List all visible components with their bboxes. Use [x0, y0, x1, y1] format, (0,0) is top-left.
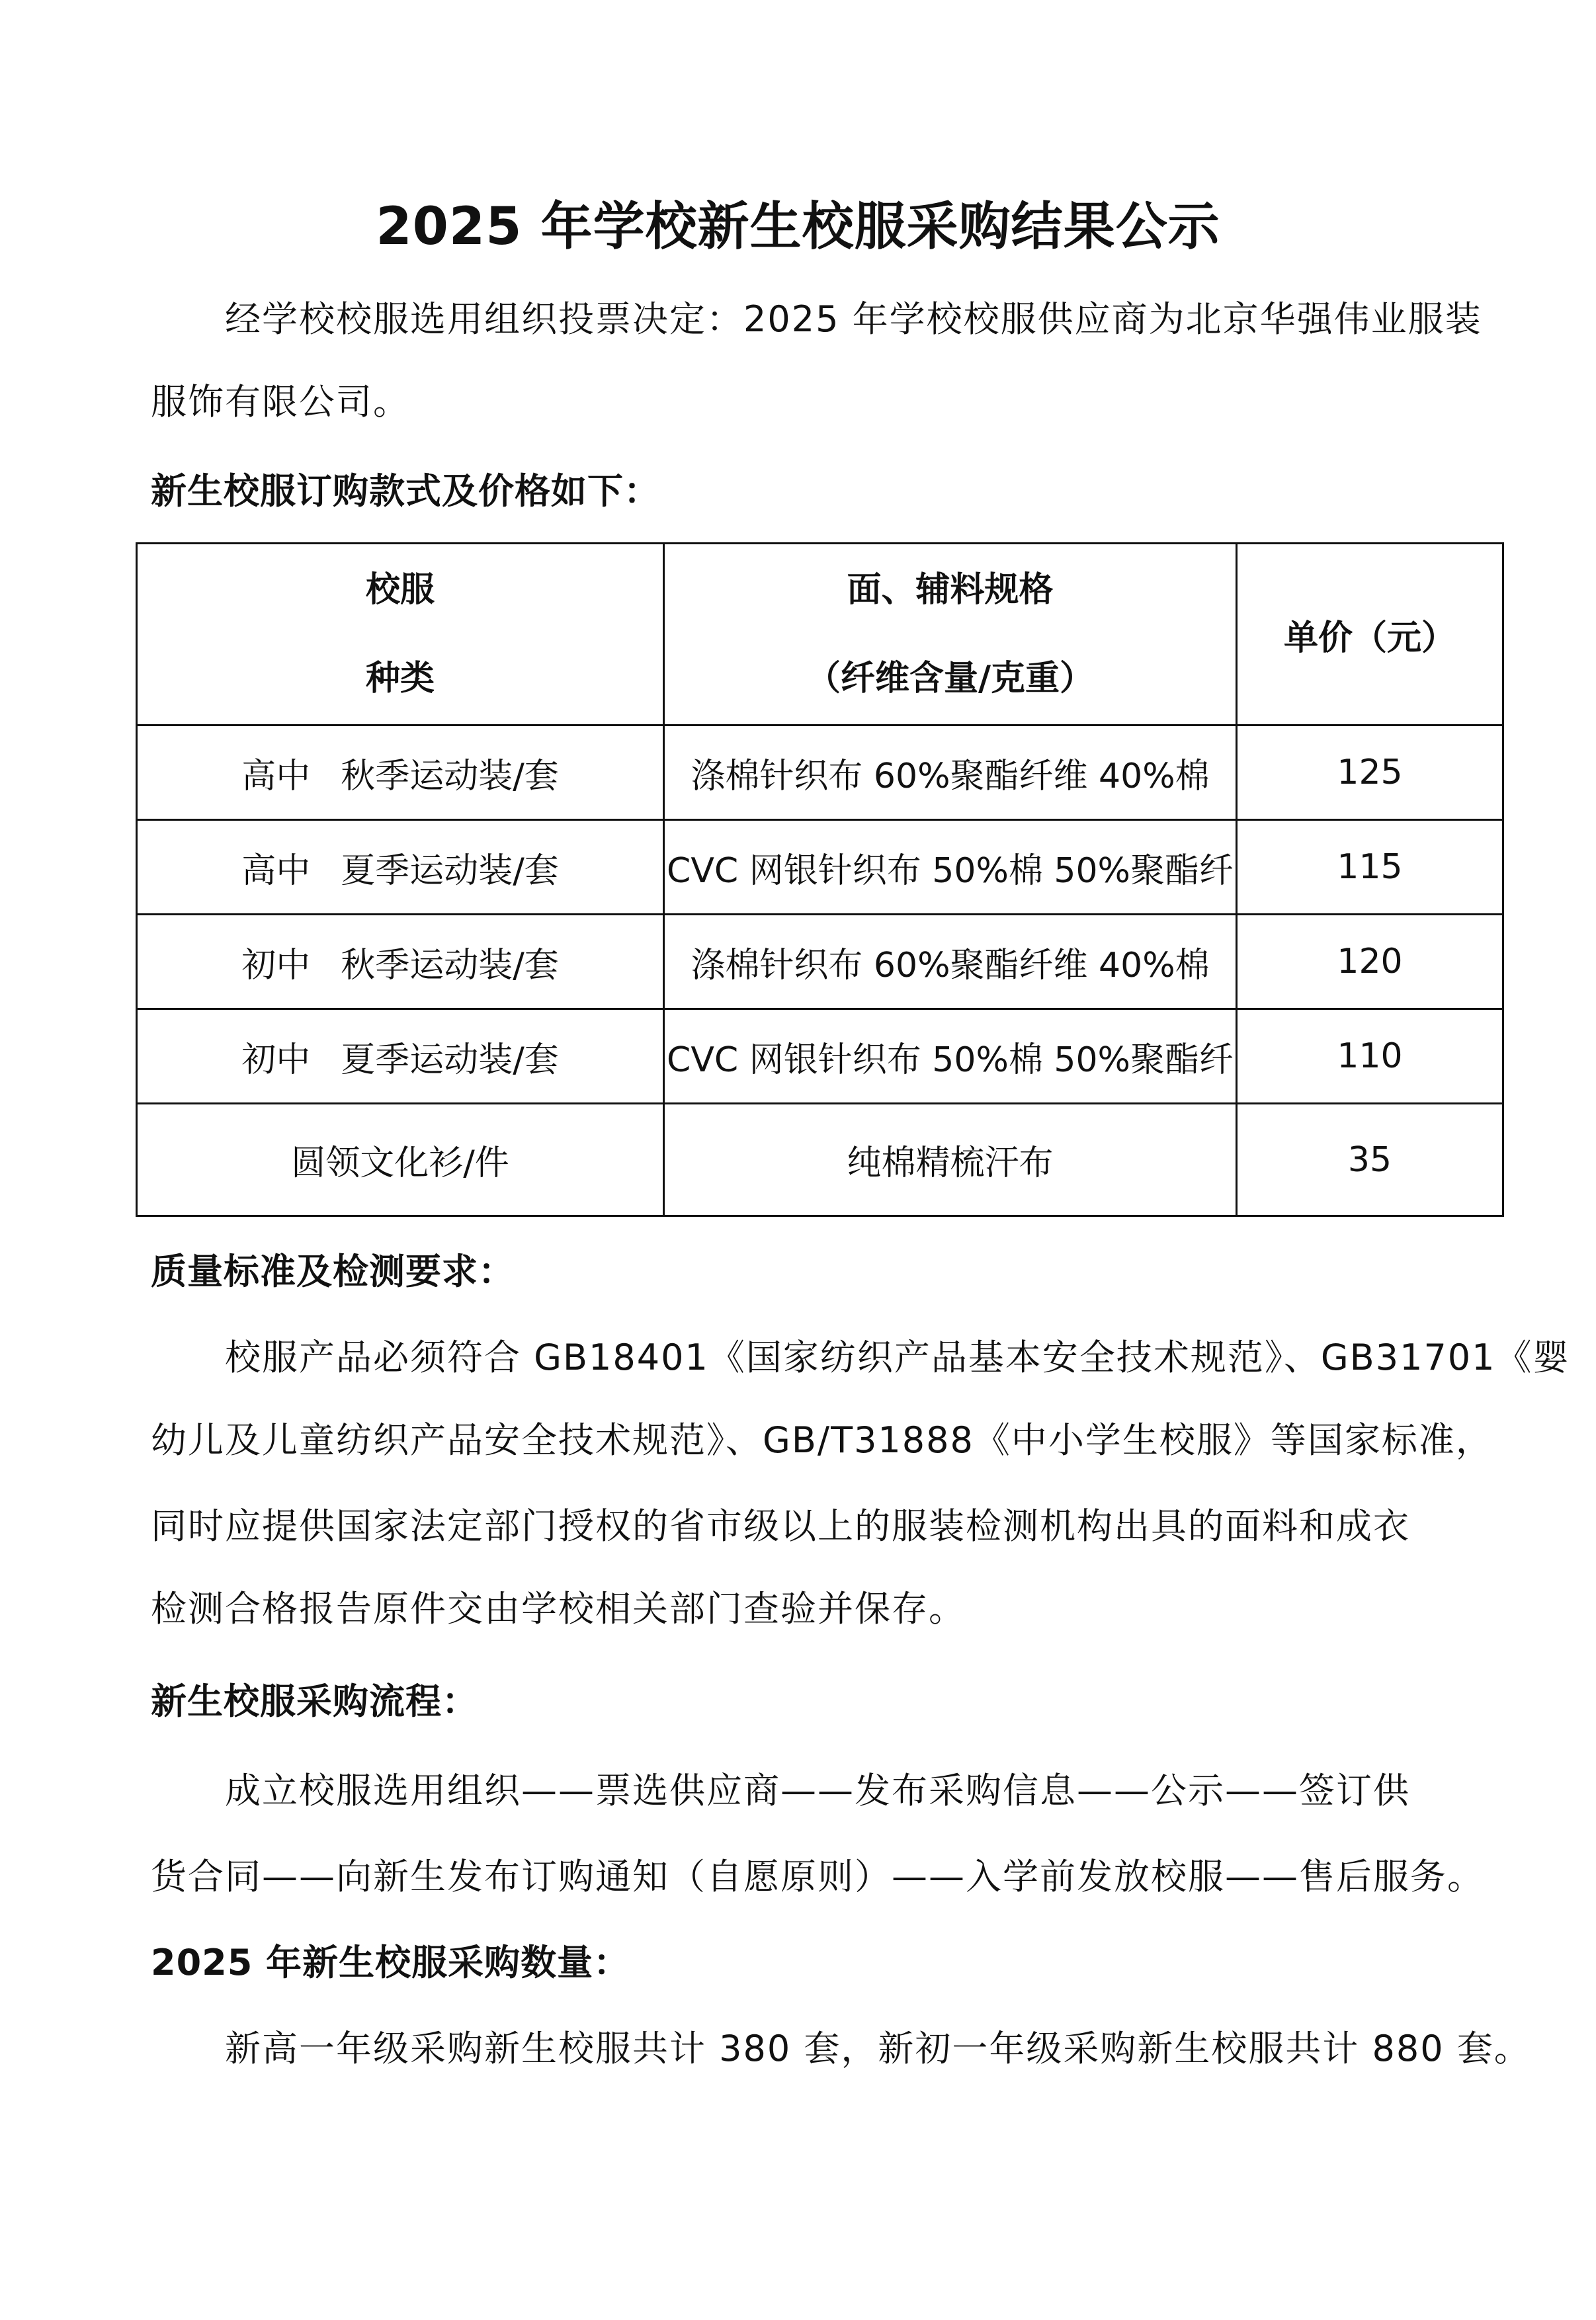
spec-cell: 纯棉精梳汗布	[664, 1104, 1237, 1216]
quality-section-heading: 质量标准及检测要求：	[151, 1243, 515, 1294]
school-level: 高中	[241, 748, 341, 798]
category-cell: 初中秋季运动装/套	[137, 915, 664, 1009]
price-cell: 120	[1237, 915, 1503, 1009]
header-category-line1: 校服	[138, 573, 663, 607]
quality-line-3: 同时应提供国家法定部门授权的省市级以上的服装检测机构出具的面料和成衣	[151, 1498, 1410, 1549]
page-title: 2025 年学校新生校服采购结果公示	[0, 185, 1596, 259]
price-cell: 110	[1237, 1009, 1503, 1104]
process-line-2: 货合同——向新生发布订购通知（自愿原则）——入学前发放校服——售后服务。	[151, 1848, 1484, 1899]
quantity-line: 新高一年级采购新生校服共计 380 套，新初一年级采购新生校服共计 880 套。	[225, 2020, 1531, 2071]
table-header-row: 校服 种类 面、辅料规格 （纤维含量/克重） 单价（元）	[137, 544, 1503, 725]
quality-line-1: 校服产品必须符合 GB18401《国家纺织产品基本安全技术规范》、GB31701…	[225, 1329, 1570, 1380]
category-cell: 高中秋季运动装/套	[137, 725, 664, 820]
header-spec-line2: （纤维含量/克重）	[665, 661, 1236, 696]
school-level: 初中	[241, 1032, 341, 1081]
header-category: 校服 种类	[137, 544, 664, 725]
price-section-heading: 新生校服订购款式及价格如下：	[151, 463, 660, 514]
category-cell: 高中夏季运动装/套	[137, 820, 664, 915]
spec-cell: 涤棉针织布 60%聚酯纤维 40%棉	[664, 915, 1237, 1009]
process-line-1: 成立校服选用组织——票选供应商——发布采购信息——公示——签订供	[225, 1762, 1410, 1813]
header-price: 单价（元）	[1237, 544, 1503, 725]
spec-cell: 涤棉针织布 60%聚酯纤维 40%棉	[664, 725, 1237, 820]
header-spec: 面、辅料规格 （纤维含量/克重）	[664, 544, 1237, 725]
quality-line-4: 检测合格报告原件交由学校相关部门查验并保存。	[151, 1581, 966, 1632]
header-spec-line1: 面、辅料规格	[665, 573, 1236, 607]
process-section-heading: 新生校服采购流程：	[151, 1673, 478, 1724]
intro-line-2: 服饰有限公司。	[151, 374, 410, 425]
spec-cell: CVC 网银针织布 50%棉 50%聚酯纤	[664, 820, 1237, 915]
garment-type: 秋季运动装/套	[341, 937, 559, 987]
price-cell: 125	[1237, 725, 1503, 820]
table-row: 高中秋季运动装/套 涤棉针织布 60%聚酯纤维 40%棉 125	[137, 725, 1503, 820]
category-cell: 圆领文化衫/件	[137, 1104, 664, 1216]
quality-line-2: 幼儿及儿童纺织产品安全技术规范》、GB/T31888《中小学生校服》等国家标准，	[151, 1412, 1493, 1463]
header-category-line2: 种类	[138, 661, 663, 696]
price-table: 校服 种类 面、辅料规格 （纤维含量/克重） 单价（元） 高中秋季运动装/套 涤…	[136, 542, 1504, 1217]
price-cell: 115	[1237, 820, 1503, 915]
table-row: 圆领文化衫/件 纯棉精梳汗布 35	[137, 1104, 1503, 1216]
table-row: 高中夏季运动装/套 CVC 网银针织布 50%棉 50%聚酯纤 115	[137, 820, 1503, 915]
school-level: 初中	[241, 937, 341, 987]
table-row: 初中秋季运动装/套 涤棉针织布 60%聚酯纤维 40%棉 120	[137, 915, 1503, 1009]
school-level: 高中	[241, 843, 341, 892]
intro-line-1: 经学校校服选用组织投票决定：2025 年学校校服供应商为北京华强伟业服装	[225, 291, 1482, 342]
price-cell: 35	[1237, 1104, 1503, 1216]
garment-type: 夏季运动装/套	[341, 1032, 559, 1081]
category-cell: 初中夏季运动装/套	[137, 1009, 664, 1104]
table-row: 初中夏季运动装/套 CVC 网银针织布 50%棉 50%聚酯纤 110	[137, 1009, 1503, 1104]
garment-type: 秋季运动装/套	[341, 748, 559, 798]
spec-cell: CVC 网银针织布 50%棉 50%聚酯纤	[664, 1009, 1237, 1104]
quantity-section-heading: 2025 年新生校服采购数量：	[151, 1934, 630, 1985]
garment-type: 夏季运动装/套	[341, 843, 559, 892]
